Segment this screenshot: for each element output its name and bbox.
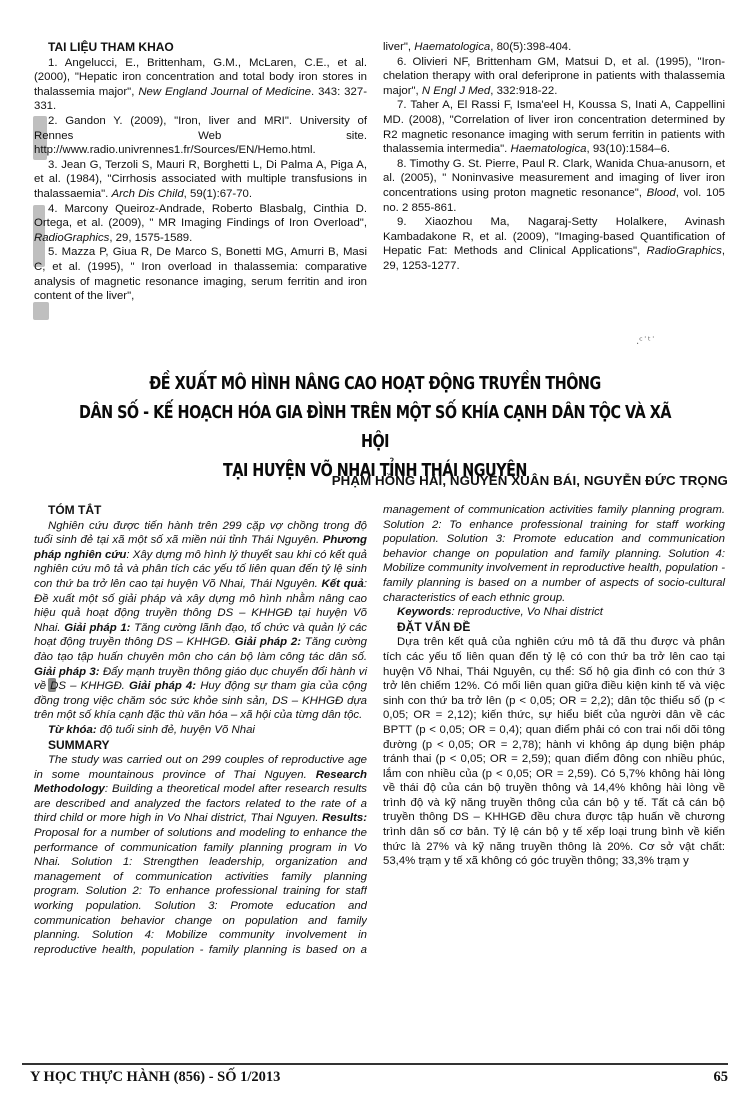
article-authors: PHẠM HỒNG HẢI, NGUYỄN XUÂN BÁI, NGUYỄN Đ… bbox=[332, 473, 728, 488]
reference-item: 3. Jean G, Terzoli S, Mauri R, Borghetti… bbox=[34, 158, 367, 202]
reference-item: 6. Olivieri NF, Brittenham GM, Matsui D,… bbox=[383, 55, 725, 99]
scan-smudge bbox=[33, 302, 49, 320]
title-line: DÂN SỐ - KẾ HOẠCH HÓA GIA ĐÌNH TRÊN MỘT … bbox=[68, 399, 683, 457]
tomtat-paragraph: Nghiên cứu được tiến hành trên 299 cặp v… bbox=[34, 519, 367, 723]
handwritten-mark: .ᶜ˙ᵗ˙ bbox=[636, 336, 656, 347]
article-title: ĐỀ XUẤT MÔ HÌNH NÂNG CAO HOẠT ĐỘNG TRUYỀ… bbox=[68, 370, 683, 486]
reference-item: 2. Gandon Y. (2009), "Iron, liver and MR… bbox=[34, 114, 367, 158]
references-left-column: TAI LIỆU THAM KHAO 1. Angelucci, E., Bri… bbox=[34, 40, 367, 304]
footer-rule bbox=[22, 1063, 728, 1065]
reference-item-continued: liver", Haematologica, 80(5):398-404. bbox=[383, 40, 725, 55]
summary-paragraph: The study was carried out on 299 couples… bbox=[34, 753, 367, 956]
journal-footer: Y HỌC THỰC HÀNH (856) - SỐ 1/2013 bbox=[30, 1069, 280, 1086]
reference-item: 5. Mazza P, Giua R, De Marco S, Bonetti … bbox=[34, 245, 367, 303]
summary-paragraph-continued: management of communication activities f… bbox=[383, 503, 725, 605]
page-number: 65 bbox=[714, 1069, 729, 1086]
intro-paragraph: Dựa trên kết quả của nghiên cứu mô tả đã… bbox=[383, 635, 725, 869]
title-line: ĐỀ XUẤT MÔ HÌNH NÂNG CAO HOẠT ĐỘNG TRUYỀ… bbox=[68, 370, 683, 399]
reference-item: 1. Angelucci, E., Brittenham, G.M., McLa… bbox=[34, 56, 367, 114]
reference-item: 7. Taher A, El Rassi F, Isma'eel H, Kous… bbox=[383, 98, 725, 156]
abstract-right-column: management of communication activities f… bbox=[383, 503, 725, 869]
reference-item: 4. Marcony Queiroz-Andrade, Roberto Blas… bbox=[34, 202, 367, 246]
tomtat-keywords: Từ khóa: độ tuổi sinh đẻ, huyện Võ Nhai bbox=[48, 723, 367, 738]
summary-heading: SUMMARY bbox=[48, 738, 367, 753]
reference-item: 8. Timothy G. St. Pierre, Paul R. Clark,… bbox=[383, 157, 725, 215]
summary-keywords: Keywords: reproductive, Vo Nhai district bbox=[397, 605, 725, 620]
reference-item: 9. Xiaozhou Ma, Nagaraj-Setty Holalkere,… bbox=[383, 215, 725, 273]
abstract-left-column: TÓM TẮT Nghiên cứu được tiến hành trên 2… bbox=[34, 503, 367, 956]
intro-heading: ĐẶT VẤN ĐỀ bbox=[397, 620, 725, 635]
references-right-column: liver", Haematologica, 80(5):398-404. 6.… bbox=[383, 40, 725, 274]
references-heading: TAI LIỆU THAM KHAO bbox=[48, 40, 367, 55]
tomtat-heading: TÓM TẮT bbox=[48, 503, 367, 518]
